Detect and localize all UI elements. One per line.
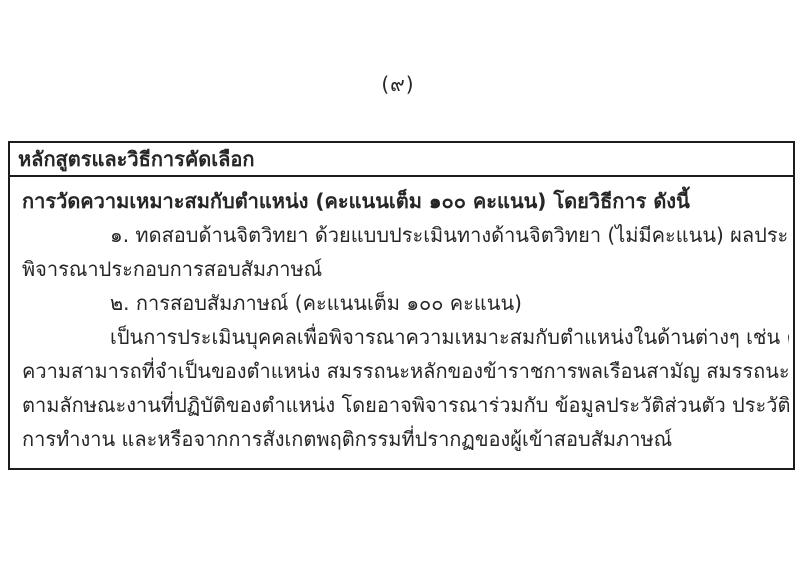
body-line-interview-paragraph: เป็นการประเมินบุคคลเพื่อพิจารณาความเหมาะ… [14,320,789,354]
page-number: (๙) [0,68,796,100]
table-header-title: หลักสูตรและวิธีการคัดเลือก [10,143,793,177]
body-line-item-2: ๒. การสอบสัมภาษณ์ (คะแนนเต็ม ๑๐๐ คะแนน) [14,286,789,320]
body-line-item-1: ๑. ทดสอบด้านจิตวิทยา ด้วยแบบประเมินทางด้… [14,218,789,252]
body-line-interview-paragraph-3: ตามลักษณะงานที่ปฏิบัติของตำแหน่ง โดยอาจพ… [14,388,789,422]
selection-method-table: หลักสูตรและวิธีการคัดเลือก การวัดความเหม… [8,141,795,470]
body-line-interview-paragraph-4: การทำงาน และหรือจากการสังเกตพฤติกรรมที่ป… [14,422,789,456]
body-line-item-1-continued: พิจารณาประกอบการสอบสัมภาษณ์ [14,252,789,286]
body-line-measurement-heading: การวัดความเหมาะสมกับตำแหน่ง (คะแนนเต็ม ๑… [14,184,789,218]
table-body: การวัดความเหมาะสมกับตำแหน่ง (คะแนนเต็ม ๑… [10,177,793,468]
document-page: (๙) หลักสูตรและวิธีการคัดเลือก การวัดควา… [0,0,800,565]
body-line-interview-paragraph-2: ความสามารถที่จำเป็นของตำแหน่ง สมรรถนะหลั… [14,354,789,388]
